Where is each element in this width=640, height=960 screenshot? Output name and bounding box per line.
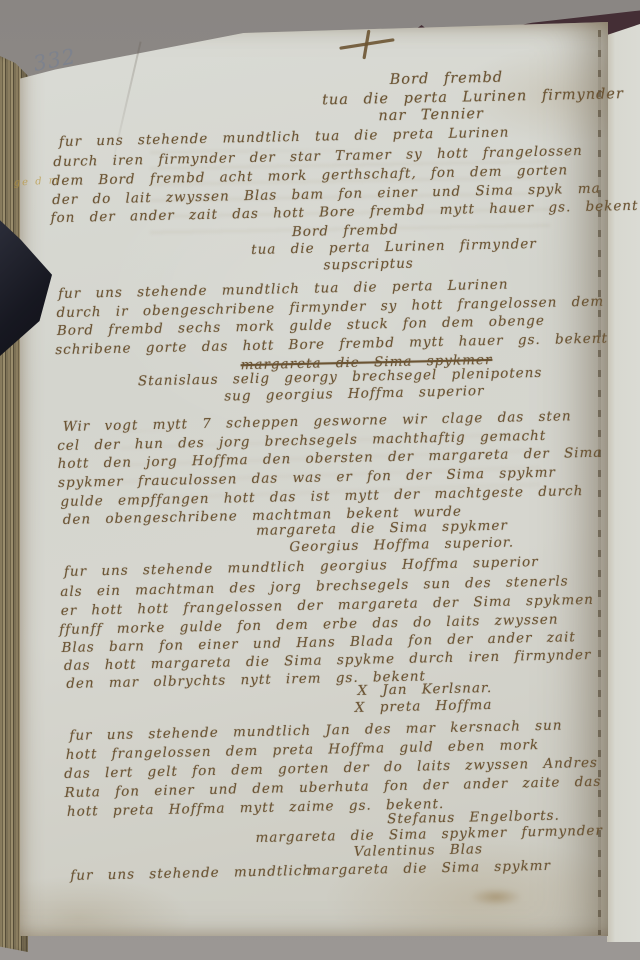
witness-mark-line: X preta Hoffma [355, 699, 493, 715]
invocation-cross-icon [337, 27, 398, 62]
manuscript-text-layer: 332 ge d m Bord frembd tua die perta Lur… [0, 0, 640, 960]
manuscript-text-line: margareta die Sima spykmr [308, 860, 551, 879]
subscription-line: Bord frembd [292, 224, 399, 240]
manuscript-heading-line: tua die perta Lurinen firmynder [322, 87, 624, 108]
witness-mark-line: X Jan Kerlsnar. [357, 682, 492, 698]
subscription-line: Valentinus Blas [354, 843, 483, 859]
page-number-pencil: 332 [32, 46, 78, 75]
subscription-line: sug georgius Hoffma superior [224, 385, 485, 404]
subscription-line: tua die perta Lurinen firmynder [251, 238, 537, 257]
subscription-line: supscriptus [323, 258, 413, 273]
subscription-line: Georgius Hoffma superior. [289, 537, 514, 555]
manuscript-text-line: fur uns stehende mundtlich [70, 865, 312, 884]
manuscript-heading-line: nar Tennier [378, 107, 484, 124]
photo-of-manuscript: { "annotations": { "page_number_pencil":… [0, 0, 640, 960]
manuscript-heading-line: Bord frembd [390, 71, 504, 88]
